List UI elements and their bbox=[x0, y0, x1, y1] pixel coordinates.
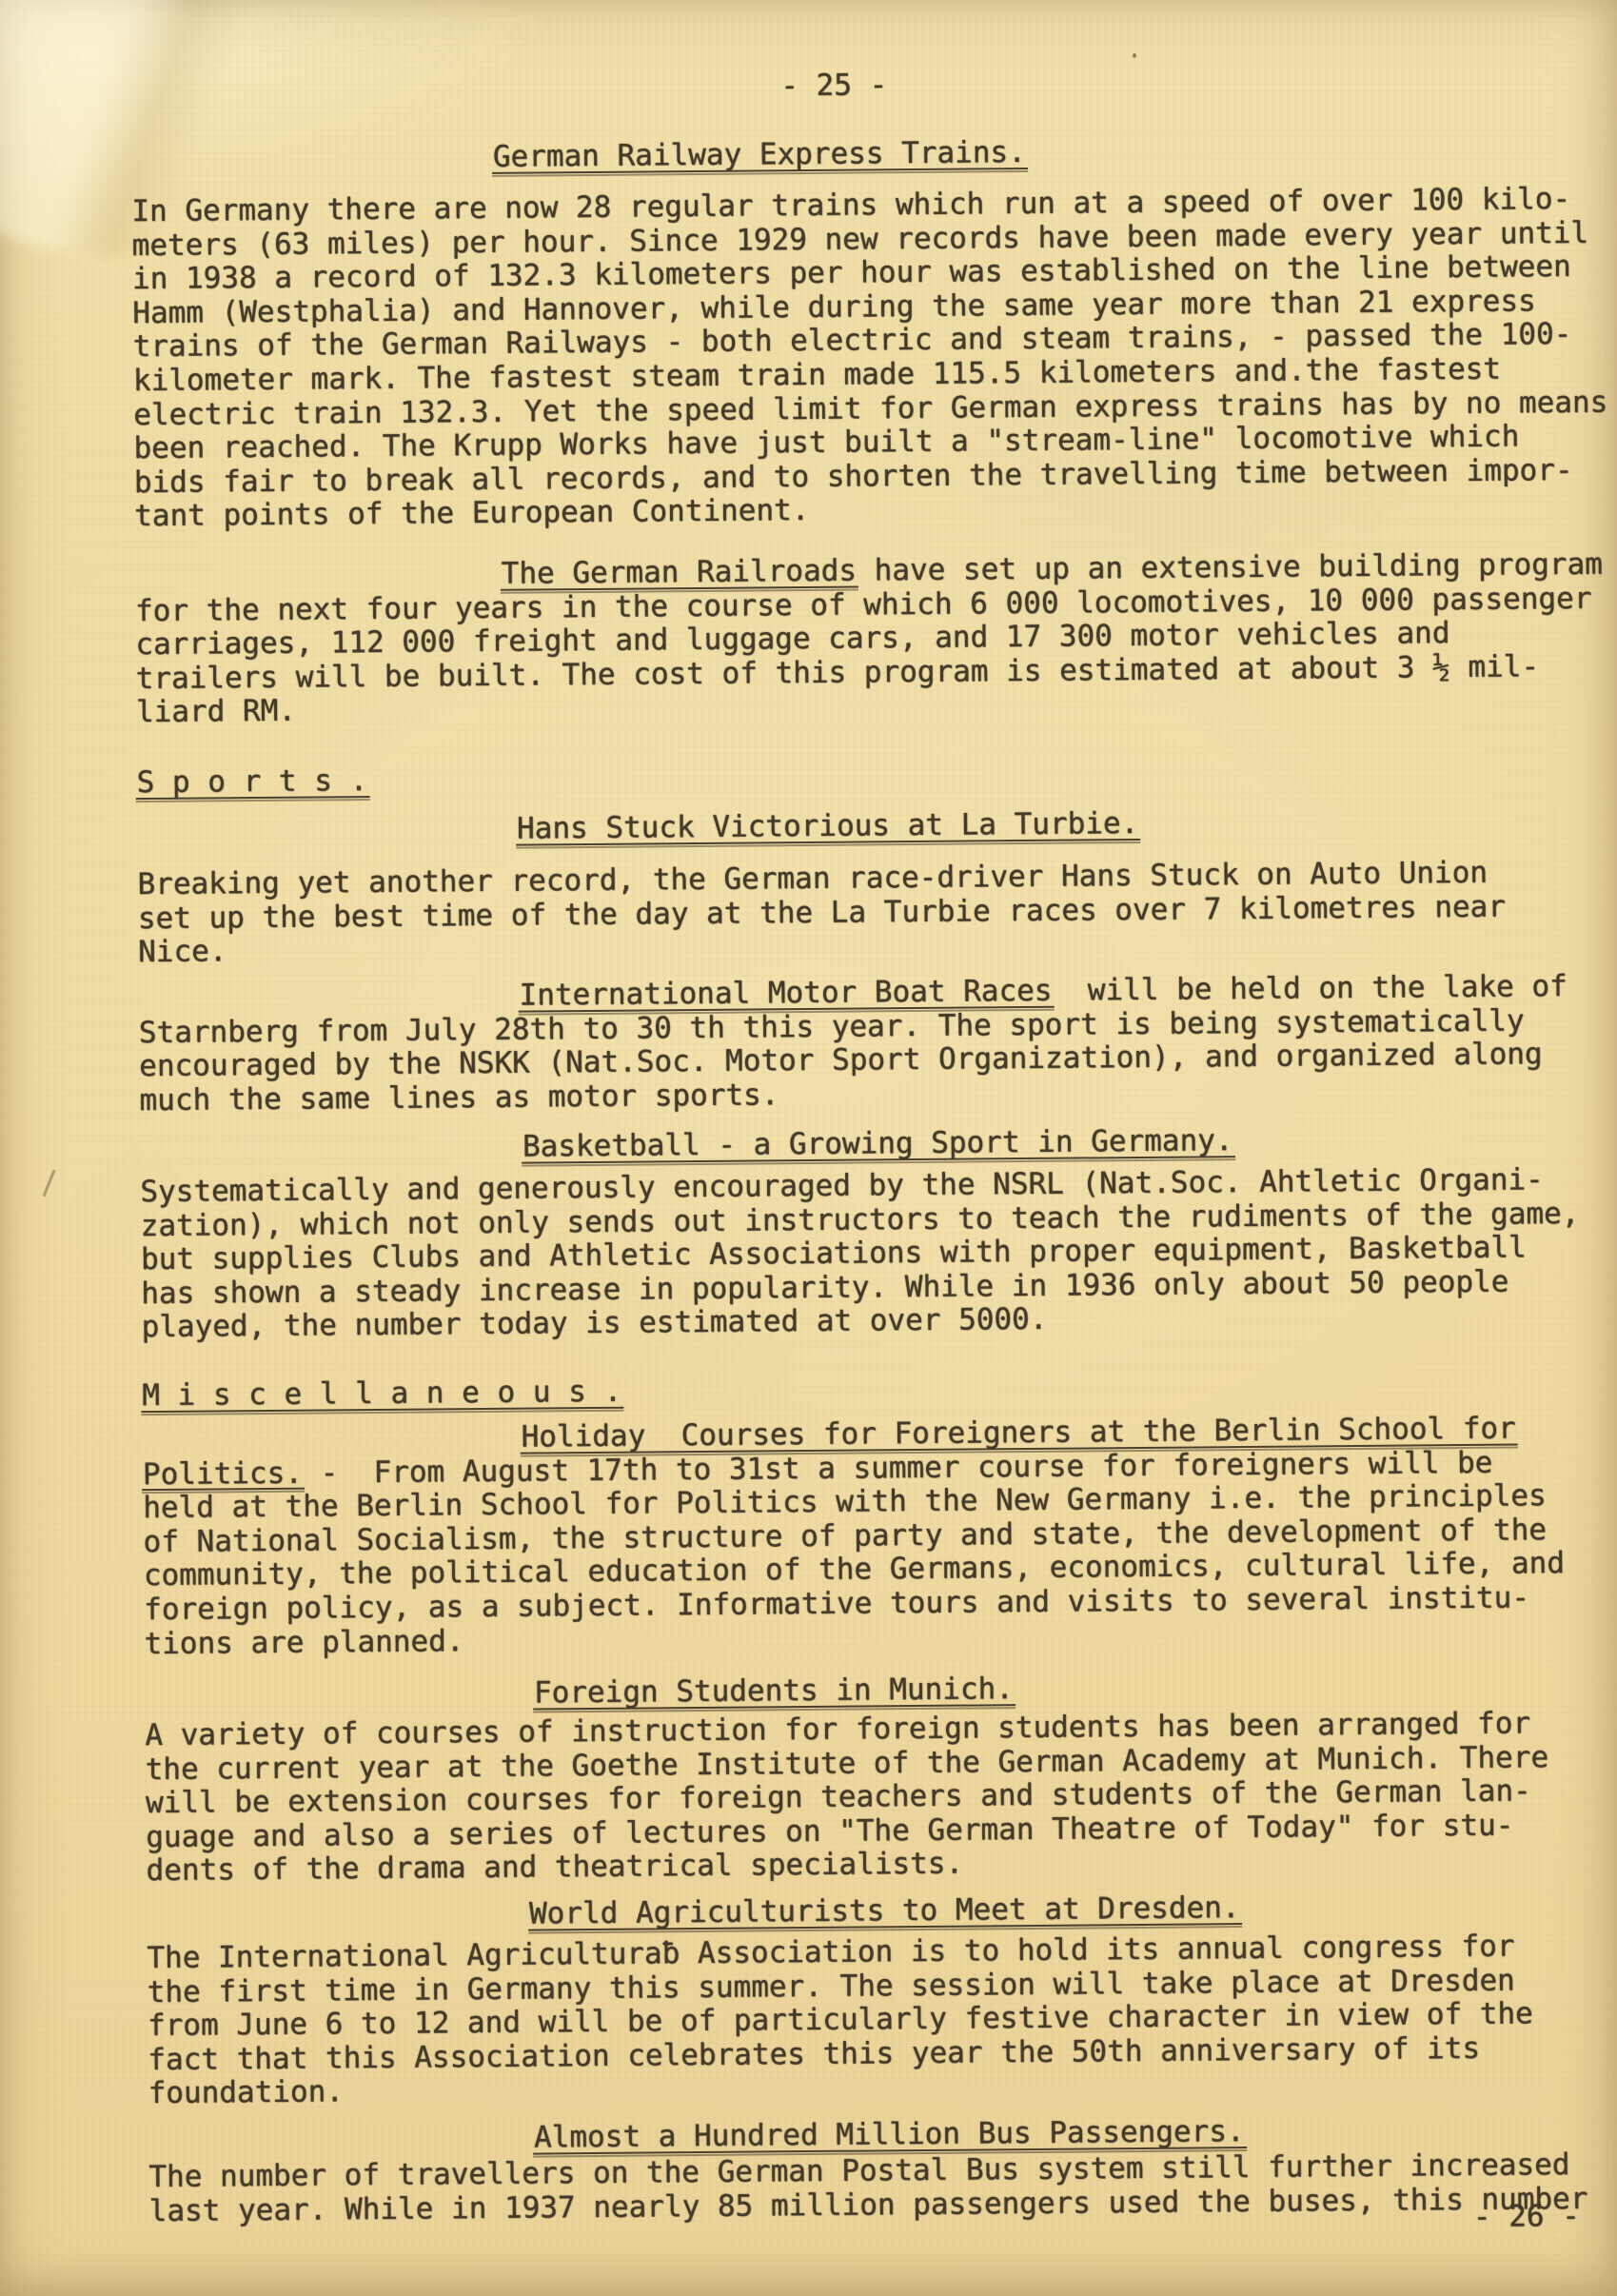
section-sports: S p o r t s . bbox=[136, 764, 367, 801]
paragraph-basketball: Systematically and generously encouraged… bbox=[140, 1163, 1580, 1345]
paragraph-bus-passengers: The number of travellers on the German P… bbox=[148, 2148, 1587, 2228]
paragraph-hans-stuck: Breaking yet another record, the German … bbox=[137, 857, 1506, 970]
page-number-top-text: - 25 - bbox=[780, 68, 887, 103]
underlined-text: Politics. bbox=[143, 1456, 303, 1492]
paragraph-motor-boat-races: International Motor Boat Races will be h… bbox=[138, 970, 1568, 1118]
text-layer: - 25 -German Railway Express Trains.In G… bbox=[0, 0, 1617, 2296]
page-number-top: - 25 - bbox=[780, 69, 887, 104]
paragraph-holiday-courses: Holiday Courses for Foreigners at the Be… bbox=[143, 1412, 1566, 1661]
section-miscellaneous: M i s c e l l a n e o u s . bbox=[142, 1376, 621, 1414]
heading-bus-passengers-text: Almost a Hundred Million Bus Passengers. bbox=[534, 2115, 1245, 2155]
heading-foreign-students-text: Foreign Students in Munich. bbox=[534, 1673, 1014, 1711]
heading-bus-passengers: Almost a Hundred Million Bus Passengers. bbox=[534, 2115, 1245, 2155]
paragraph-railway-express: In Germany there are now 28 regular trai… bbox=[131, 183, 1608, 534]
paragraph-foreign-students: A variety of courses of instruction for … bbox=[145, 1707, 1549, 1889]
page-number-bottom: - 26 - bbox=[1473, 2200, 1580, 2235]
text-segment: will be held on the lake of bbox=[1052, 969, 1568, 1008]
page-number-bottom-text: - 26 - bbox=[1473, 2199, 1580, 2234]
heading-railway-express: German Railway Express Trains. bbox=[493, 136, 1026, 174]
heading-world-agriculturists: World Agriculturists to Meet at Dresden. bbox=[529, 1891, 1240, 1931]
underlined-text: International Motor Boat Races bbox=[519, 975, 1052, 1013]
document-page: - 25 -German Railway Express Trains.In G… bbox=[0, 0, 1617, 2296]
section-sports-text: S p o r t s . bbox=[136, 764, 367, 801]
heading-basketball: Basketball - a Growing Sport in Germany. bbox=[523, 1124, 1233, 1164]
heading-railway-express-text: German Railway Express Trains. bbox=[493, 136, 1026, 174]
heading-hans-stuck: Hans Stuck Victorious at La Turbie. bbox=[517, 807, 1139, 846]
heading-world-agriculturists-text: World Agriculturists to Meet at Dresden. bbox=[529, 1891, 1240, 1931]
heading-foreign-students: Foreign Students in Munich. bbox=[534, 1673, 1014, 1711]
heading-basketball-text: Basketball - a Growing Sport in Germany. bbox=[523, 1124, 1233, 1164]
section-miscellaneous-text: M i s c e l l a n e o u s . bbox=[142, 1376, 621, 1414]
paragraph-world-agriculturists: The International Agriculturaƀ Associati… bbox=[147, 1930, 1533, 2111]
paragraph-railroads-program: The German Railroads have set up an exte… bbox=[135, 548, 1605, 730]
underlined-text: The German Railroads bbox=[502, 555, 858, 592]
heading-hans-stuck-text: Hans Stuck Victorious at La Turbie. bbox=[517, 807, 1139, 846]
